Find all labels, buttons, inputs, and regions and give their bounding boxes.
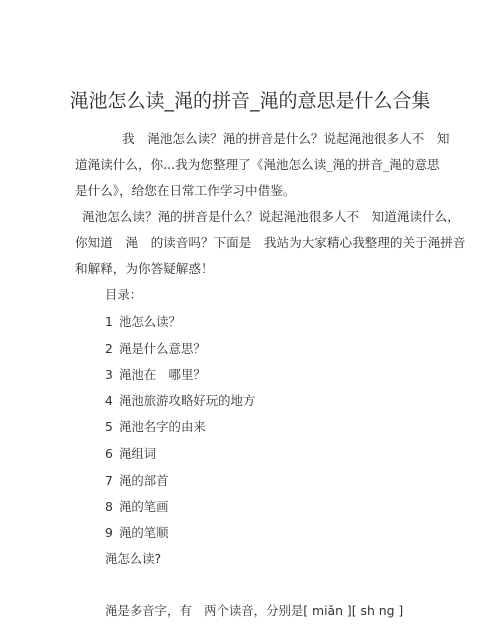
- toc-item[interactable]: 2渑是什么意思？: [105, 339, 206, 357]
- toc-item-text: 渑的笔画: [119, 499, 169, 514]
- toc-heading: 目录：: [105, 285, 142, 303]
- intro-line: 道渑读什么，你...我为您整理了《渑池怎么读_渑的拼音_渑的意思: [75, 154, 440, 173]
- paragraph-line: 渑池怎么读？渑的拼音是什么？说起渑池很多人不 知道渑读什么，: [82, 206, 460, 225]
- paragraph-line: 和解释，为你答疑解惑！: [75, 258, 214, 277]
- toc-item-text: 渑组词: [119, 446, 156, 461]
- toc-item[interactable]: 9渑的笔顺: [105, 523, 169, 541]
- paragraph-line: 你知道 渑 的读音吗？下面是 我站为大家精心我整理的关于渑拼音: [75, 232, 465, 251]
- toc-item[interactable]: 7渑的部首: [105, 471, 169, 489]
- intro-line: 是什么》，给您在日常工作学习中借鉴。: [75, 180, 295, 199]
- toc-item-text: 渑的笔顺: [119, 525, 169, 540]
- toc-item-number: 7: [105, 473, 119, 488]
- toc-item[interactable]: 4渑池旅游攻略好玩的地方: [105, 391, 255, 409]
- toc-item-text: 渑池旅游攻略好玩的地方: [119, 393, 255, 408]
- document-title: 渑池怎么读_渑的拼音_渑的意思是什么合集: [0, 86, 500, 113]
- toc-item-number: 2: [105, 341, 119, 356]
- body-text-line: 渑是多音字，有 两个读音，分别是[ miǎn ][ sh ng ]: [105, 601, 403, 619]
- toc-item[interactable]: 6渑组词: [105, 444, 156, 462]
- intro-line: 我 渑池怎么读？渑的拼音是什么？说起渑池很多人不 知: [122, 128, 449, 147]
- toc-item-number: 8: [105, 499, 119, 514]
- toc-item-number: 3: [105, 367, 119, 382]
- toc-item-number: 6: [105, 446, 119, 461]
- toc-item-text: 渑的部首: [119, 473, 169, 488]
- toc-item-number: 1: [105, 314, 119, 329]
- toc-item-text: 池怎么读？: [119, 314, 181, 329]
- toc-item-text: 渑是什么意思？: [119, 341, 206, 356]
- toc-item[interactable]: 5渑池名字的由来: [105, 417, 206, 435]
- toc-item-number: 5: [105, 419, 119, 434]
- toc-item-text: 渑池名字的由来: [119, 419, 206, 434]
- toc-item-text: 渑池在 哪里？: [119, 367, 206, 382]
- document-page: 渑池怎么读_渑的拼音_渑的意思是什么合集 我 渑池怎么读？渑的拼音是什么？说起渑…: [0, 0, 500, 636]
- toc-item-number: 4: [105, 393, 119, 408]
- toc-item[interactable]: 3渑池在 哪里？: [105, 365, 206, 383]
- toc-item-number: 9: [105, 525, 119, 540]
- section-heading: 渑怎么读?: [105, 549, 161, 567]
- toc-item[interactable]: 8渑的笔画: [105, 497, 169, 515]
- toc-item[interactable]: 1池怎么读？: [105, 312, 181, 330]
